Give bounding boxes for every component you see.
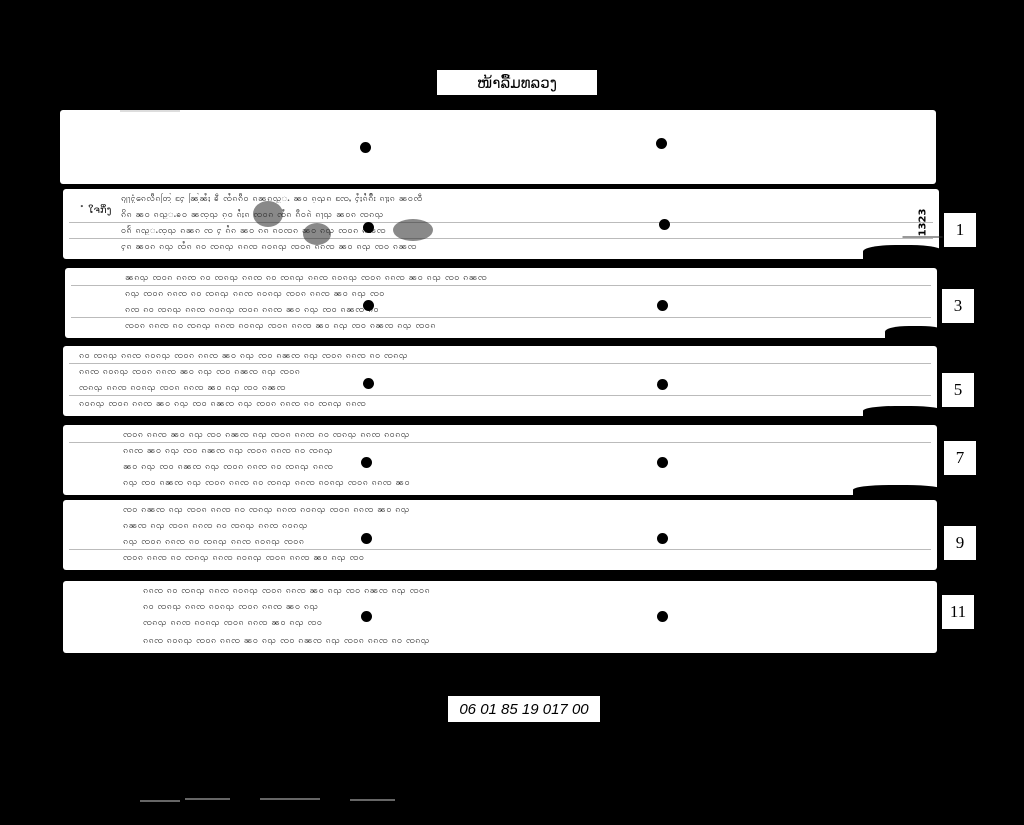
page-tag-11: 11 — [942, 595, 974, 629]
palm-leaf-5: ၵဝ ၸၵၺ ၵၵၸ ၵဝၵၺ ၸဝၵ ၵၵၸ ၼဝ ၵၺ ၸဝ ၵၼၸ ၵၺ … — [63, 346, 937, 416]
palm-leaf-11: ၵၵၸ ၵဝ ၸၵၺ ၵၵၸ ၵဝၵၺ ၸဝၵ ၵၵၸ ၼဝ ၵၺ ၸဝ ၵၼၸ… — [63, 581, 937, 653]
page-tag-9: 9 — [944, 526, 976, 560]
script-line: ၵဝ ၸၵၺ ၵၵၸ ၵဝၵၺ ၸဝၵ ၵၵၸ ၼဝ ၵၺ — [143, 601, 913, 611]
script-line: ၵၼၸ ၵၺ ၸဝၵ ၵၵၸ ၵဝ ၸၵၺ ၵၵၸ ၵဝၵၺ — [123, 520, 913, 530]
script-line: ၵၸ ၵဝ ၸၵၺ ၵၵၸ ၵဝၵၺ ၸဝၵ ၵၵၸ ၼဝ ၵၺ ၸဝ ၵၼၸ … — [125, 304, 915, 314]
script-line: ၸဝၵ ၵၵၸ ၵဝ ၸၵၺ ၵၵၸ ၵဝၵၺ ၸဝၵ ၵၵၸ ၼဝ ၵၺ ၸဝ — [123, 552, 913, 562]
binding-hole — [657, 611, 668, 622]
script-line: ၵဝ ၸၵၺ ၵၵၸ ၵဝၵၺ ၸဝၵ ၵၵၸ ၼဝ ၵၺ ၸဝ ၵၼၸ ၵၺ … — [79, 350, 909, 360]
page-tag-1: 1 — [944, 213, 976, 247]
page-tag-5: 5 — [942, 373, 974, 407]
script-line: ၼဝ ၵၺ ၸဝ ၵၼၸ ၵၺ ၸဝၵ ၵၵၸ ၵဝ ၸၵၺ ၵၵၸ — [123, 461, 913, 471]
script-line: ၸဝၵ ၵၵၸ ၼဝ ၵၺ ၸဝ ၵၼၸ ၵၺ ၸဝၵ ၵၵၸ ၵဝ ၸၵၺ ၵ… — [123, 429, 913, 439]
script-line: ၸဝၵ ၵၵၸ ၵဝ ၸၵၺ ၵၵၸ ၵဝၵၺ ၸဝၵ ၵၵၸ ၼဝ ၵၺ ၸဝ… — [125, 320, 915, 330]
script-line: ႁၵ ၼဝၵ ၵၺ ၸႆၵ ၵဝ ၸၵၺ ၵၵၸ ၵဝၵၺ ၸဝၵ ၵၵၸ ၼဝ… — [121, 241, 911, 251]
page-tag-3: 3 — [942, 289, 974, 323]
script-line: ၵၵၸ ၵဝ ၸၵၺ ၵၵၸ ၵဝၵၺ ၸဝၵ ၵၵၸ ၼဝ ၵၺ ၸဝ ၵၼၸ… — [143, 585, 913, 595]
script-line: ၵျႃႁုံၵေလီၵတြ ႁႄ ၼြၼႆႈ ၶဵ ၸႆၵၵီဝ ၵၼၵၺ္ႉ … — [121, 193, 911, 203]
binding-hole — [361, 611, 372, 622]
binding-hole — [657, 457, 668, 468]
binding-hole — [363, 378, 374, 389]
margin-note: ໍ ໃຈກິ່ງ — [85, 205, 111, 216]
binding-hole — [361, 533, 372, 544]
binding-hole — [363, 222, 374, 233]
script-line: ၵၺ ၸဝ ၵၼၸ ၵၺ ၸဝၵ ၵၵၸ ၵဝ ၸၵၺ ၵၵၸ ၵဝၵၺ ၸဝၵ… — [123, 477, 913, 487]
catalog-number-label: 06 01 85 19 017 00 — [448, 696, 600, 722]
palm-leaf-7: ၸဝၵ ၵၵၸ ၼဝ ၵၺ ၸဝ ၵၼၸ ၵၺ ၸဝၵ ၵၵၸ ၵဝ ၸၵၺ ၵ… — [63, 425, 937, 495]
binding-hole — [361, 457, 372, 468]
script-line: ၵဝၵၺ ၸဝၵ ၵၵၸ ၼဝ ၵၺ ၸဝ ၵၼၸ ၵၺ ၸဝၵ ၵၵၸ ၵဝ … — [79, 398, 909, 408]
script-line: ၵၵၸ ၵဝၵၺ ၸဝၵ ၵၵၸ ၼဝ ၵၺ ၸဝ ၵၼၸ ၵၺ ၸဝၵ ၵၵၸ… — [143, 635, 913, 645]
binding-hole — [657, 300, 668, 311]
script-line: ၸဝ ၵၼၸ ၵၺ ၸဝၵ ၵၵၸ ၵဝ ၸၵၺ ၵၵၸ ၵဝၵၺ ၸဝၵ ၵၵ… — [123, 504, 913, 514]
folio-annotation: 1323 — [903, 209, 943, 238]
binding-hole — [657, 533, 668, 544]
binding-hole — [360, 142, 371, 153]
script-line: ၼၵၺ ၸဝၵ ၵၵၸ ၵဝ ၸၵၺ ၵၵၸ ၵဝ ၸၵၺ ၵၵၸ ၵဝၵၺ ၸ… — [125, 272, 915, 282]
script-line: ၵၺ ၸဝၵ ၵၵၸ ၵဝ ၸၵၺ ၵၵၸ ၵဝၵၺ ၸဝၵ ၵၵၸ ၼဝ ၵၺ… — [125, 288, 915, 298]
palm-leaf-3: ၼၵၺ ၸဝၵ ၵၵၸ ၵဝ ၸၵၺ ၵၵၸ ၵဝ ၸၵၺ ၵၵၸ ၵဝၵၺ ၸ… — [65, 268, 937, 338]
script-line: ၵိၵ ၼဝ ၵၺ္ႉၶဝ ၼၸုၺ ၵုဝ ၵႆႈၵ ၸဝၵ ၸႆၵ ၵီဝၵ… — [121, 209, 911, 219]
header-label: ໜ້າລື້ມທລວງ — [437, 70, 597, 95]
palm-leaf-cover — [60, 110, 936, 184]
script-line: ၸၵၺ ၵၵၸ ၵဝၵၺ ၸဝၵ ၵၵၸ ၼဝ ၵၺ ၸဝ ၵၼၸ — [79, 382, 909, 392]
binding-hole — [363, 300, 374, 311]
script-line: ၵၵၸ ၼဝ ၵၺ ၸဝ ၵၼၸ ၵၺ ၸဝၵ ၵၵၸ ၵဝ ၸၵၺ — [123, 445, 913, 455]
page-tag-7: 7 — [944, 441, 976, 475]
script-line: ၸၵၺ ၵၵၸ ၵဝၵၺ ၸဝၵ ၵၵၸ ၼဝ ၵၺ ၸဝ — [143, 617, 913, 627]
script-line: ၵၵၸ ၵဝၵၺ ၸဝၵ ၵၵၸ ၼဝ ၵၺ ၸဝ ၵၼၸ ၵၺ ၸဝၵ — [79, 366, 909, 376]
palm-leaf-1: ໍ ໃຈກິ່ງ ၵျႃႁုံၵေလီၵတြ ႁႄ ၼြၼႆႈ ၶဵ ၸႆၵၵီ… — [63, 189, 939, 259]
binding-hole — [657, 379, 668, 390]
binding-hole — [659, 219, 670, 230]
palm-leaf-9: ၸဝ ၵၼၸ ၵၺ ၸဝၵ ၵၵၸ ၵဝ ၸၵၺ ၵၵၸ ၵဝၵၺ ၸဝၵ ၵၵ… — [63, 500, 937, 570]
script-line: ဝၵႅ ၵၺ္ႉၸုၺ ၵၼၵ ၸ ႁ ၵႆၵ ၼဝ ၵၵ ၵဝၸၵ ၼဝ ၵၺ… — [121, 225, 911, 235]
script-line: ၵၺ ၸဝၵ ၵၵၸ ၵဝ ၸၵၺ ၵၵၸ ၵဝၵၺ ၸဝၵ — [123, 536, 913, 546]
binding-hole — [656, 138, 667, 149]
